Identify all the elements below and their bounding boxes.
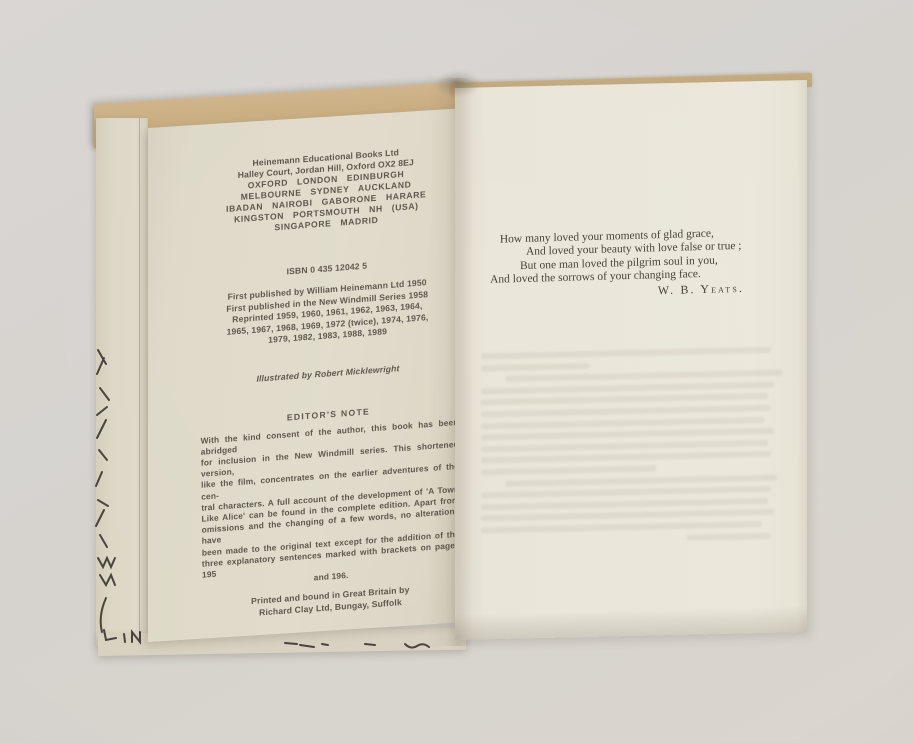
show-through-text — [481, 347, 783, 551]
left-page-text: Heinemann Educational Books Ltd Halley C… — [145, 107, 466, 644]
illustrator-credit: Illustrated by Robert Micklewright — [198, 358, 458, 388]
photo-open-book: Heinemann Educational Books Ltd Halley C… — [0, 0, 913, 743]
right-page-epigraph: How many loved your moments of glad grac… — [455, 80, 807, 640]
epigraph: How many loved your moments of glad grac… — [490, 226, 756, 301]
left-page-imprint: Heinemann Educational Books Ltd Halley C… — [148, 108, 464, 642]
editors-note-paragraph: With the kind consent of the author, thi… — [201, 416, 461, 592]
printing-history-block: First published by William Heinemann Ltd… — [197, 275, 458, 352]
publisher-block: Heinemann Educational Books Ltd Halley C… — [196, 143, 457, 239]
